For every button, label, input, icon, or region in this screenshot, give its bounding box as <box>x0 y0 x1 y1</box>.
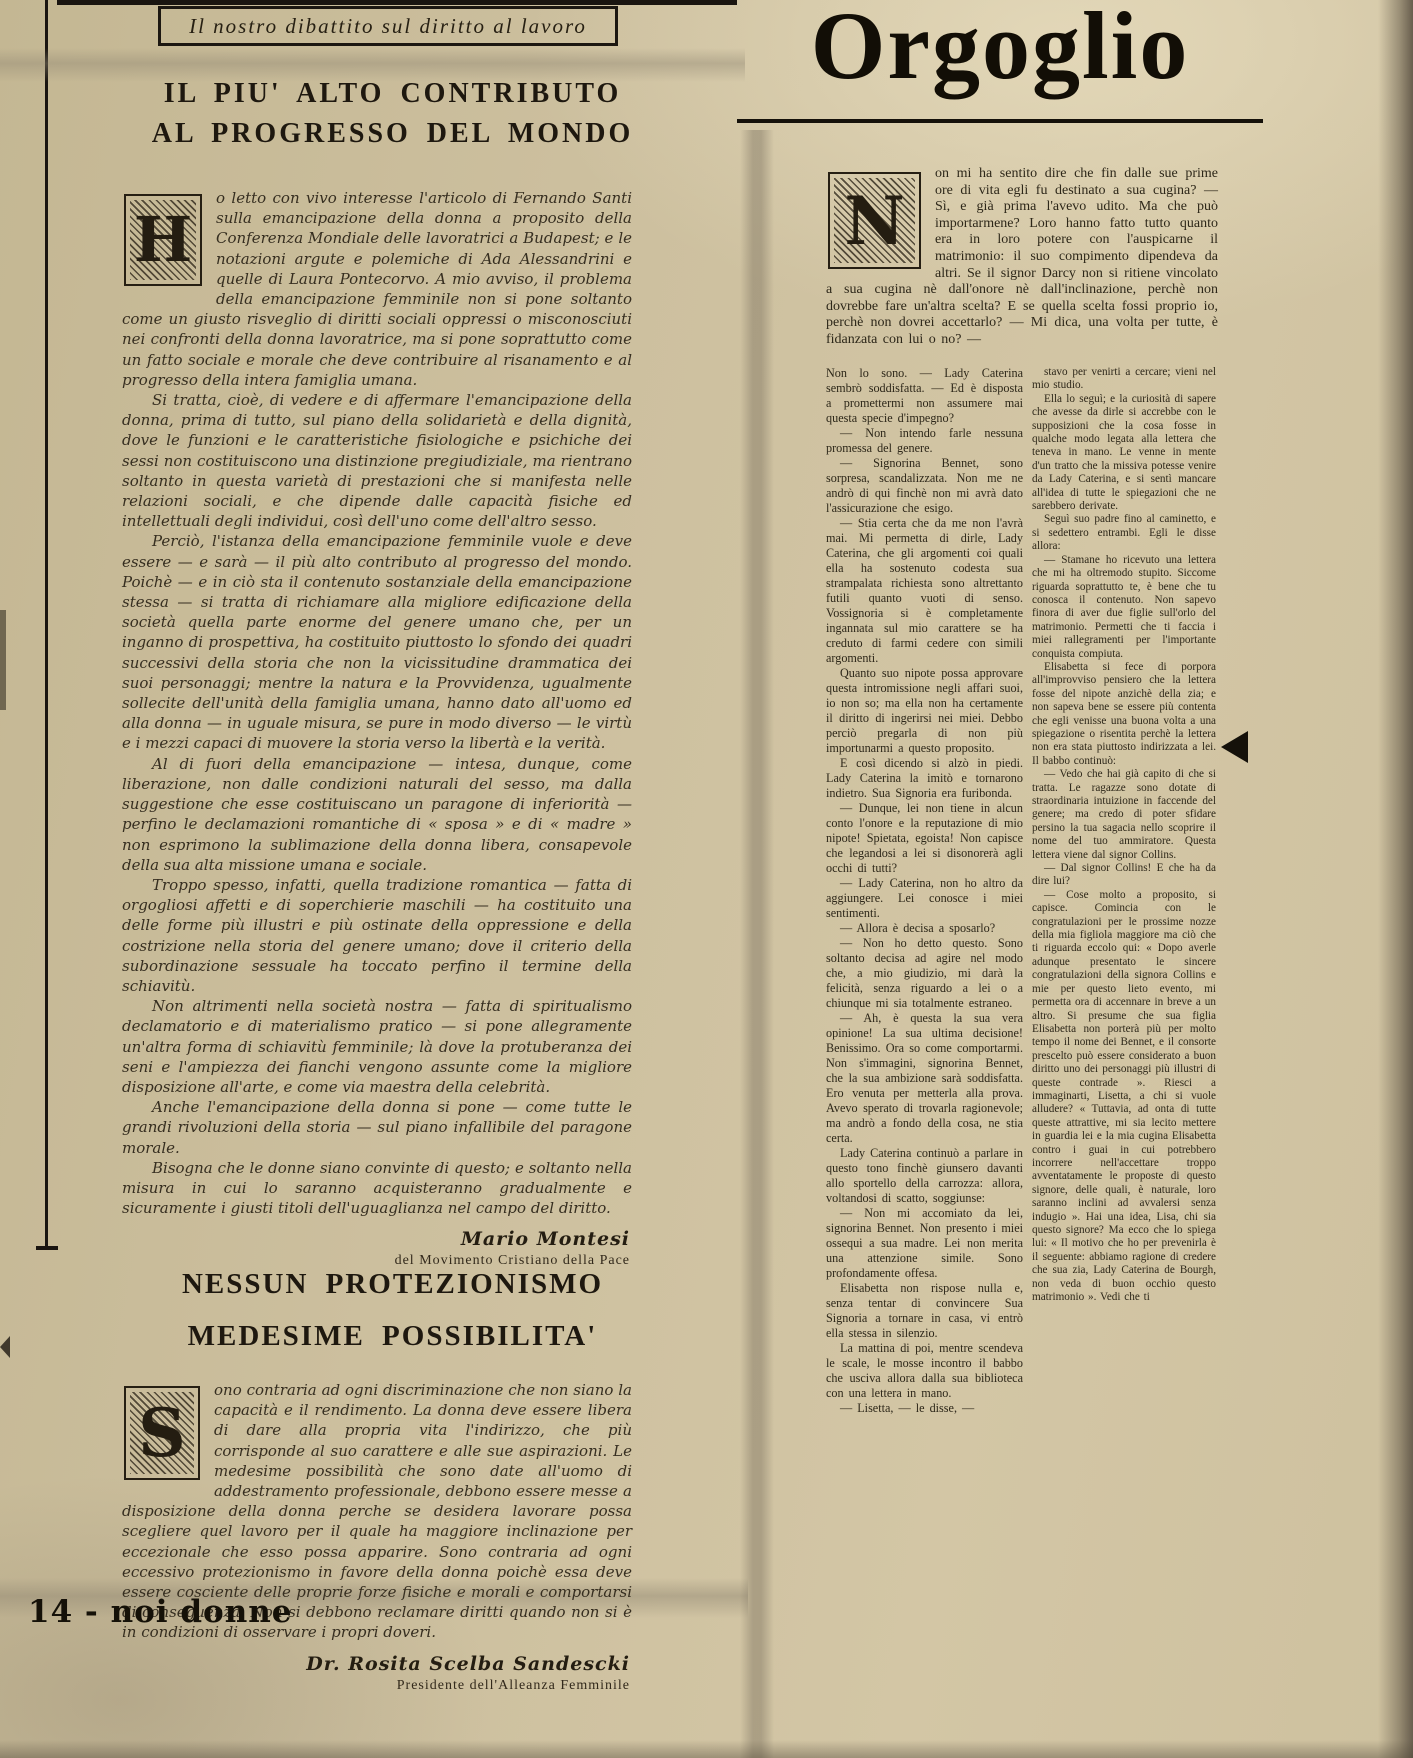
paragraph: — Allora è decisa a sposarlo? <box>826 921 1023 936</box>
kicker-text: Il nostro dibattito sul diritto al lavor… <box>189 14 587 39</box>
paragraph: La mattina di poi, mentre scendeva le sc… <box>826 1341 1023 1401</box>
top-rule <box>57 0 737 5</box>
paragraph: Perciò, l'istanza della emancipazione fe… <box>122 531 632 753</box>
article1-title-line2: AL PROGRESSO DEL MONDO <box>120 114 665 154</box>
dropcap-h: H <box>124 194 202 286</box>
paragraph: Non altrimenti nella società nostra — fa… <box>122 996 632 1097</box>
paragraph: — Non mi accomiato da lei, signorina Ben… <box>826 1206 1023 1281</box>
paragraph: — Cose molto a proposito, si capisce. Co… <box>1032 889 1216 1305</box>
paragraph: E così dicendo si alzò in piedi. Lady Ca… <box>826 756 1023 801</box>
paragraph: — Dal signor Collins! E che ha da dire l… <box>1032 862 1216 889</box>
paragraph: Lady Caterina continuò a parlare in ques… <box>826 1146 1023 1206</box>
article1-body: H o letto con vivo interesse l'articolo … <box>122 188 632 1269</box>
paragraph: Troppo spesso, infatti, quella tradizion… <box>122 875 632 996</box>
paragraph: — Lady Caterina, non ho altro da aggiung… <box>826 876 1023 921</box>
page-fold-shadow <box>740 130 774 1758</box>
dropcap-s: S <box>124 1386 200 1480</box>
article2-body: S ono contraria ad ogni discriminazione … <box>122 1380 632 1694</box>
kicker-box: Il nostro dibattito sul diritto al lavor… <box>158 6 618 46</box>
paragraph: Non lo sono. — Lady Caterina sembrò sodd… <box>826 366 1023 426</box>
article1-paragraphs: o letto con vivo interesse l'articolo di… <box>122 188 632 1218</box>
paragraph: Al di fuori della emancipazione — intesa… <box>122 754 632 875</box>
paragraph: Quanto suo nipote possa approvare questa… <box>826 666 1023 756</box>
left-border-rule <box>45 0 48 1250</box>
orgoglio-title-rule <box>737 119 1263 123</box>
paragraph: — Signorina Bennet, sono sorpresa, scand… <box>826 456 1023 516</box>
paragraph: Si tratta, cioè, di vedere e di affermar… <box>122 390 632 531</box>
article1-signature-name: Mario Montesi <box>122 1228 630 1250</box>
dropcap-h-letter: H <box>134 209 193 271</box>
article1-title-line1: IL PIU' ALTO CONTRIBUTO <box>120 74 665 114</box>
paragraph: — Non intendo farle nessuna promessa del… <box>826 426 1023 456</box>
article1-title: IL PIU' ALTO CONTRIBUTO AL PROGRESSO DEL… <box>120 74 665 154</box>
paragraph: Anche l'emancipazione della donna si pon… <box>122 1097 632 1158</box>
dropcap-s-letter: S <box>138 1400 186 1466</box>
paragraph: — Stia certa che da me non l'avrà mai. M… <box>826 516 1023 666</box>
orgoglio-intro: N on mi ha sentito dire che fin dalle su… <box>826 166 1218 349</box>
paragraph: — Non ho detto questo. Sono soltanto dec… <box>826 936 1023 1011</box>
article2-signature-name: Dr. Rosita Scelba Sandescki <box>122 1653 630 1675</box>
paragraph: Ella lo seguì; e la curiosità di sapere … <box>1032 393 1216 514</box>
paragraph: — Dunque, lei non tiene in alcun conto l… <box>826 801 1023 876</box>
page-edge-shadow-bottom <box>0 1740 1413 1758</box>
left-rule-tick <box>36 1246 58 1250</box>
scan-smudge <box>0 610 6 710</box>
paragraph: Seguì suo padre fino al caminetto, e si … <box>1032 513 1216 553</box>
paragraph: stavo per venirti a cercare; vieni nel m… <box>1032 366 1216 393</box>
paragraph: Elisabetta non rispose nulla e, senza te… <box>826 1281 1023 1341</box>
paragraph: — Lisetta, — le disse, — <box>826 1401 1023 1416</box>
paragraph: — Stamane ho ricevuto una lettera che mi… <box>1032 554 1216 661</box>
paragraph: — Ah, è questa la sua vera opinione! La … <box>826 1011 1023 1146</box>
page-edge-shadow-right <box>1378 0 1413 1758</box>
orgoglio-column-left: Non lo sono. — Lady Caterina sembrò sodd… <box>826 366 1023 1560</box>
article2-title-line1: NESSUN PROTEZIONISMO <box>120 1258 665 1310</box>
article2-title: NESSUN PROTEZIONISMO MEDESIME POSSIBILIT… <box>120 1258 665 1362</box>
article2-title-line2: MEDESIME POSSIBILITA' <box>120 1310 665 1362</box>
paragraph: Bisogna che le donne siano convinte di q… <box>122 1158 632 1219</box>
article2-signature-role: Presidente dell'Alleanza Femminile <box>122 1678 630 1694</box>
orgoglio-title: Orgoglio <box>750 0 1250 106</box>
orgoglio-column-right: stavo per venirti a cercare; vieni nel m… <box>1032 366 1216 1560</box>
page-number-footer: 14 - noi donne <box>28 1594 293 1630</box>
article2-signature: Dr. Rosita Scelba Sandescki Presidente d… <box>122 1653 632 1694</box>
paragraph: Elisabetta si fece di porpora all'improv… <box>1032 661 1216 768</box>
page-marker-triangle-icon <box>1221 731 1248 763</box>
margin-mark-icon <box>0 1336 10 1358</box>
dropcap-n-letter: N <box>844 188 904 254</box>
paragraph: — Vedo che hai già capito di che si trat… <box>1032 768 1216 862</box>
dropcap-n: N <box>828 172 921 269</box>
